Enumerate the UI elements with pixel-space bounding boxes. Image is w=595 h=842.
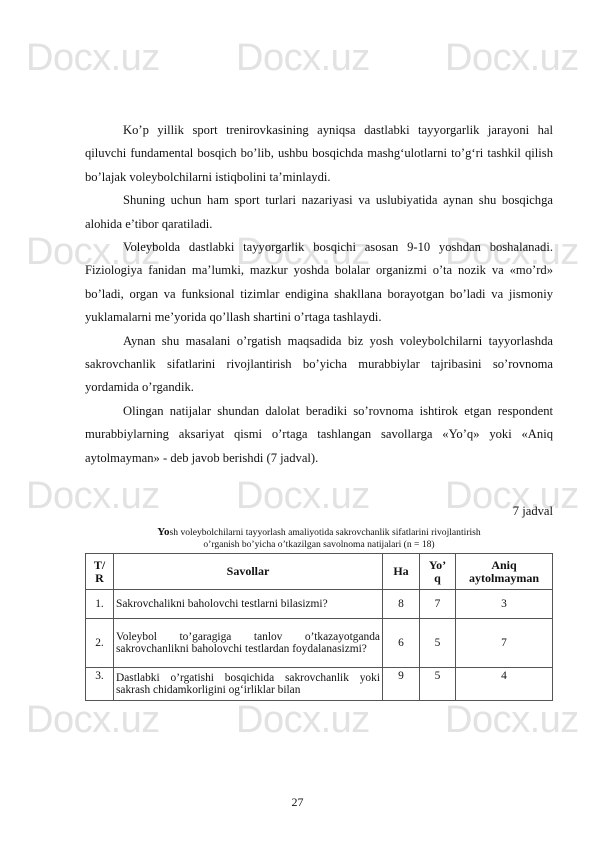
watermark-row: Docx.uz Docx.uz Docx.uz (0, 700, 595, 740)
header-no: Yo’q (420, 554, 456, 590)
row-number: 2. (86, 619, 114, 668)
table-row: 2. Voleybol to’garagiga tanlov o’tkazayo… (86, 619, 553, 668)
row-unsure: 4 (456, 668, 553, 701)
watermark: Docx.uz (445, 700, 579, 740)
row-number: 1. (86, 590, 114, 619)
header-unsure: Aniqaytolmayman (456, 554, 553, 590)
row-unsure: 7 (456, 619, 553, 668)
header-unsure-line1: Aniq (491, 558, 516, 572)
row-yes: 6 (383, 619, 420, 668)
row-question: Dastlabki o’rgatishi bosqichida sakrovch… (114, 668, 383, 701)
row-no: 7 (420, 590, 456, 619)
header-question: Savollar (114, 554, 383, 590)
table-row: 3. Dastlabki o’rgatishi bosqichida sakro… (86, 668, 553, 701)
row-no: 5 (420, 619, 456, 668)
row-no: 5 (420, 668, 456, 701)
header-number: T/R (86, 554, 114, 590)
table-row: 1. Sakrovchalikni baholovchi testlarni b… (86, 590, 553, 619)
watermark: Docx.uz (236, 38, 370, 78)
caption-line-1: Yosh voleybolchilarni tayyorlash amaliyo… (85, 526, 553, 539)
paragraph: Aynan shu masalani o’rgatish maqsadida b… (85, 330, 553, 400)
caption-bold: Yo (157, 526, 169, 538)
paragraph: Voleybolda dastlabki tayyorgarlik bosqic… (85, 236, 553, 330)
row-yes: 8 (383, 590, 420, 619)
watermark: Docx.uz (26, 700, 160, 740)
header-no-line1: Yo’ (429, 558, 446, 572)
row-question: Sakrovchalikni baholovchi testlarni bila… (114, 590, 383, 619)
header-number-line1: T/ (94, 558, 105, 572)
body-text: Ko’p yillik sport trenirovkasining ayniq… (85, 119, 553, 470)
watermark: Docx.uz (26, 38, 160, 78)
watermark-row: Docx.uz Docx.uz Docx.uz (0, 38, 595, 78)
header-yes: Ha (383, 554, 420, 590)
watermark: Docx.uz (236, 700, 370, 740)
caption-line-2: o’rganish bo’yicha o’tkazilgan savolnoma… (85, 539, 553, 551)
paragraph: Olingan natijalar shundan dalolat beradi… (85, 400, 553, 470)
header-number-line2: R (95, 571, 104, 585)
paragraph: Ko’p yillik sport trenirovkasining ayniq… (85, 119, 553, 189)
row-unsure: 3 (456, 590, 553, 619)
watermark: Docx.uz (26, 476, 160, 516)
watermark: Docx.uz (445, 38, 579, 78)
table-header-row: T/R Savollar Ha Yo’q Aniqaytolmayman (86, 554, 553, 590)
page-number: 27 (0, 795, 595, 810)
row-yes: 9 (383, 668, 420, 701)
paragraph: Shuning uchun ham sport turlari nazariya… (85, 189, 553, 236)
watermark-row: Docx.uz Docx.uz Docx.uz (0, 476, 595, 516)
header-no-line2: q (434, 571, 441, 585)
row-question: Voleybol to’garagiga tanlov o’tkazayotga… (114, 619, 383, 668)
watermark: Docx.uz (236, 476, 370, 516)
row-number: 3. (86, 668, 114, 701)
table-caption: Yosh voleybolchilarni tayyorlash amaliyo… (85, 526, 553, 551)
survey-results-table: T/R Savollar Ha Yo’q Aniqaytolmayman 1. … (85, 553, 553, 701)
caption-text: sh voleybolchilarni tayyorlash amaliyoti… (170, 527, 481, 538)
header-unsure-line2: aytolmayman (469, 571, 539, 585)
table-number-label: 7 jadval (513, 504, 553, 519)
